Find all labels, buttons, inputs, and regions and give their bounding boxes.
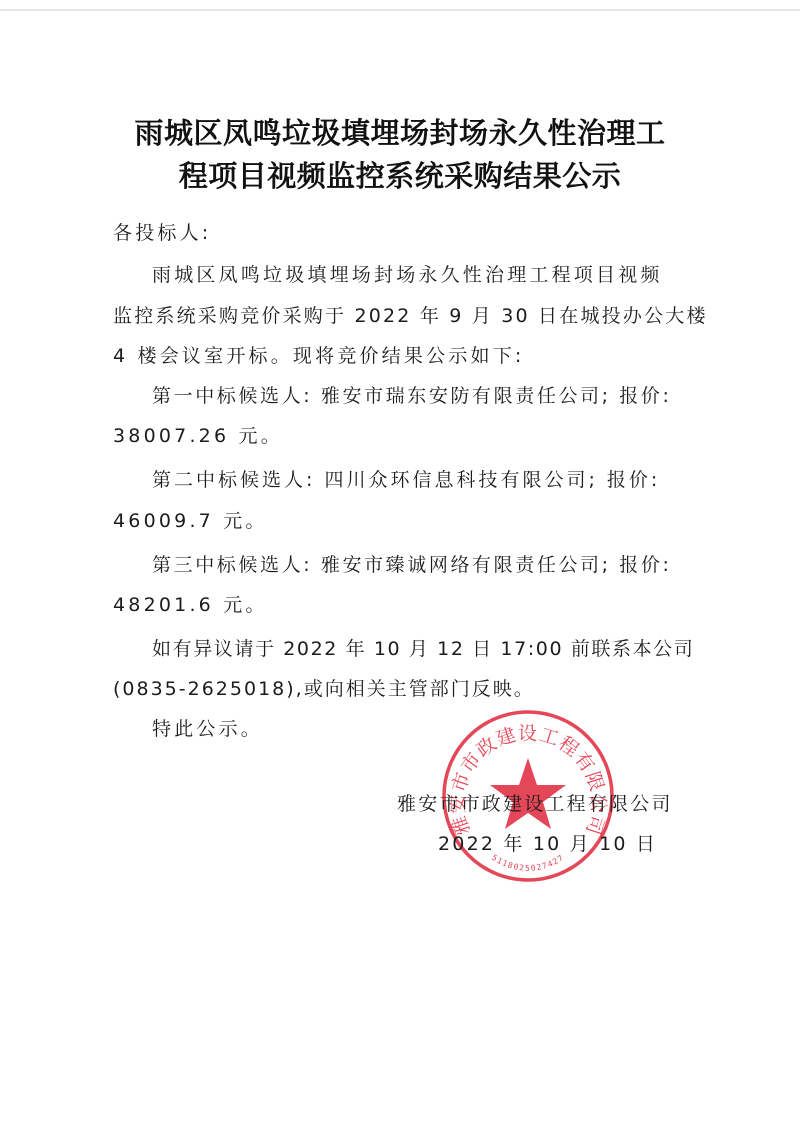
title-line-1: 雨城区凤鸣垃圾填埋场封场永久性治理工 [0, 112, 800, 155]
objection-line-1: 如有异议请于 2022 年 10 月 12 日 17:00 前联系本公司 [152, 636, 694, 662]
closing-text: 特此公示。 [152, 716, 263, 742]
salutation: 各投标人: [113, 220, 211, 246]
objection-line-2: (0835-2625018),或向相关主管部门反映。 [113, 676, 535, 702]
candidate-2-price: 46009.7 元。 [113, 508, 268, 534]
candidate-3-label: 第三中标候选人: 雅安市臻诚网络有限责任公司; 报价: [152, 552, 671, 578]
intro-line-3: 4 楼会议室开标。现将竞价结果公示如下: [113, 343, 525, 369]
candidate-1-price: 38007.26 元。 [113, 423, 283, 449]
signature-company: 雅安市市政建设工程有限公司 [397, 791, 673, 817]
signature-date: 2022 年 10 月 10 日 [438, 831, 657, 857]
candidate-2-label: 第二中标候选人: 四川众环信息科技有限公司; 报价: [152, 467, 660, 493]
candidate-3-price: 48201.6 元。 [113, 592, 268, 618]
intro-line-2: 监控系统采购竞价采购于 2022 年 9 月 30 日在城投办公大楼 [113, 303, 708, 329]
intro-line-1: 雨城区凤鸣垃圾填埋场封场永久性治理工程项目视频 [152, 262, 663, 288]
document-title: 雨城区凤鸣垃圾填埋场封场永久性治理工 程项目视频监控系统采购结果公示 [0, 112, 800, 198]
candidate-1-label: 第一中标候选人: 雅安市瑞东安防有限责任公司; 报价: [152, 383, 671, 409]
scan-edge [0, 9, 800, 11]
title-line-2: 程项目视频监控系统采购结果公示 [0, 155, 800, 198]
